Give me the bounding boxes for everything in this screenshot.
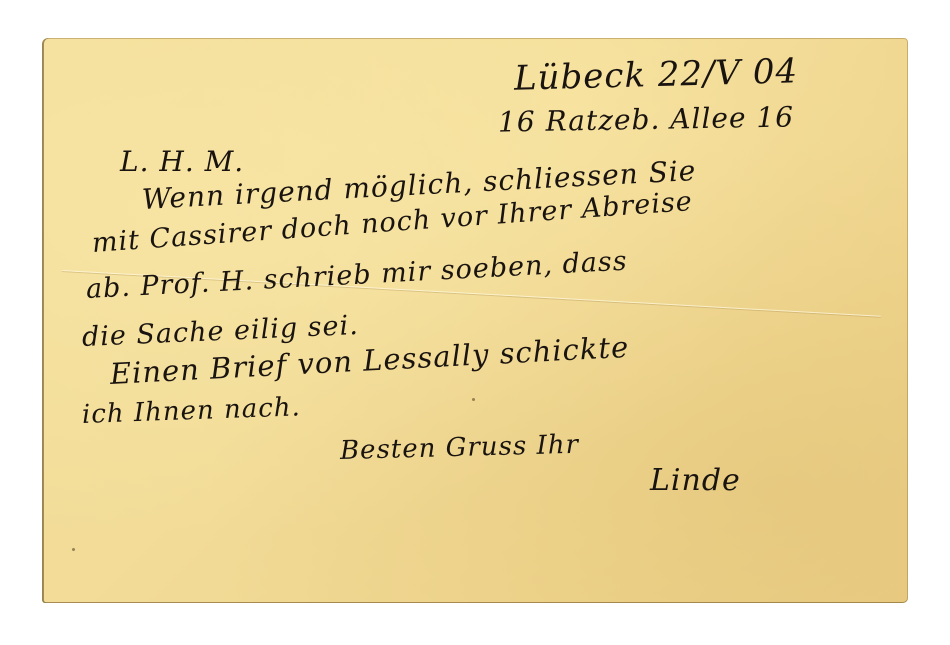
body-line: ich Ihnen nach. xyxy=(82,394,302,428)
closing: Besten Gruss Ihr xyxy=(340,432,580,464)
postcard: Lübeck 22/V 04 16 Ratzeb. Allee 16 L. H.… xyxy=(42,38,908,603)
ink-spot xyxy=(472,398,475,401)
salutation: L. H. M. xyxy=(120,148,244,176)
sender-address: 16 Ratzeb. Allee 16 xyxy=(498,103,794,136)
signature: Linde xyxy=(650,466,741,496)
place-date: Lübeck 22/V 04 xyxy=(514,54,799,95)
ink-spot xyxy=(72,548,75,551)
body-line: ab. Prof. H. schrieb mir soeben, dass xyxy=(85,248,628,303)
